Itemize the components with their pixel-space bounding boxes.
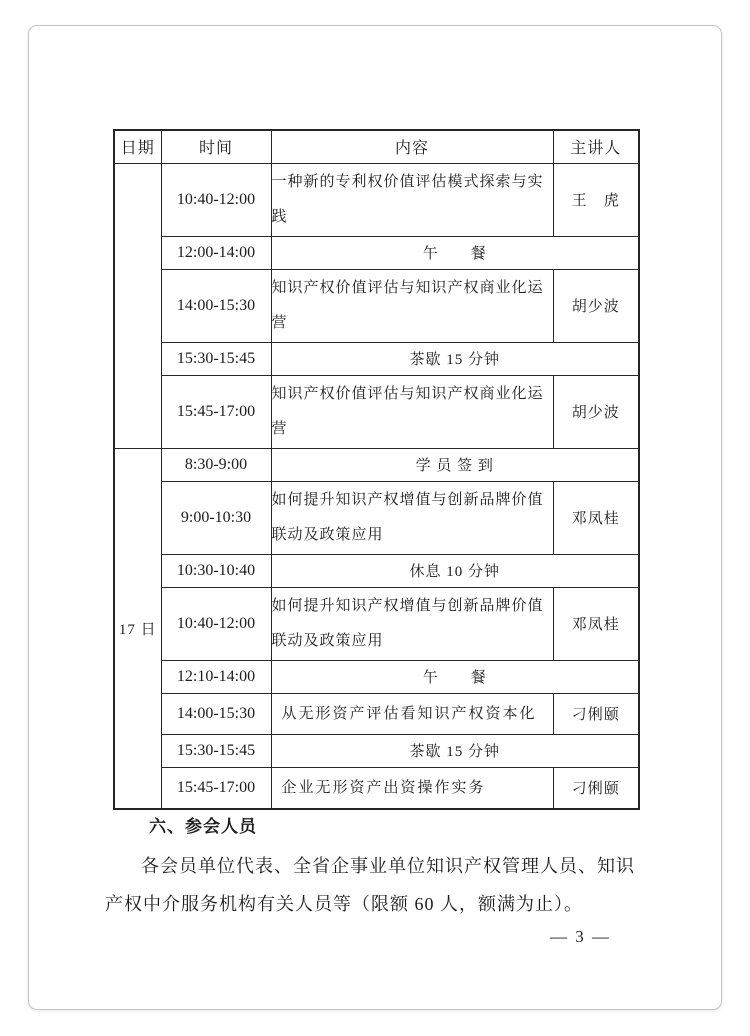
merged-activity-cell: 茶歇 15 分钟 [271,734,639,767]
attendees-section: 六、参会人员 各会员单位代表、全省企事业单位知识产权管理人员、知识产权中介服务机… [105,812,635,923]
content-cell: 如何提升知识产权增值与创新品牌价值联动及政策应用 [271,587,553,660]
page-number: — 3 — [550,927,611,947]
merged-activity-cell: 午 餐 [271,236,639,269]
content-cell: 知识产权价值评估与知识产权商业化运营 [271,375,553,448]
speaker-cell: 刁俐颐 [553,693,639,734]
speaker-cell: 胡少波 [553,269,639,342]
merged-activity-cell: 午 餐 [271,660,639,693]
content-cell: 知识产权价值评估与知识产权商业化运营 [271,269,553,342]
time-cell: 15:45-17:00 [161,767,271,809]
schedule-row: 12:00-14:00午 餐 [114,236,639,269]
time-cell: 12:00-14:00 [161,236,271,269]
attendees-paragraph: 各会员单位代表、全省企事业单位知识产权管理人员、知识产权中介服务机构有关人员等（… [105,847,635,923]
time-cell: 12:10-14:00 [161,660,271,693]
attendees-heading: 六、参会人员 [149,812,635,837]
header-time: 时间 [161,130,271,163]
merged-activity-cell: 茶歇 15 分钟 [271,342,639,375]
time-cell: 15:45-17:00 [161,375,271,448]
schedule-row: 17 日8:30-9:00学 员 签 到 [114,448,639,481]
speaker-cell: 王 虎 [553,163,639,236]
date-cell [114,163,161,448]
schedule-row: 14:00-15:30从无形资产评估看知识产权资本化刁俐颐 [114,693,639,734]
speaker-cell: 刁俐颐 [553,767,639,809]
speaker-cell: 邓凤桂 [553,587,639,660]
time-cell: 15:30-15:45 [161,734,271,767]
content-cell: 从无形资产评估看知识产权资本化 [271,693,553,734]
content-cell: 一种新的专利权价值评估模式探索与实践 [271,163,553,236]
schedule-row: 14:00-15:30知识产权价值评估与知识产权商业化运营胡少波 [114,269,639,342]
schedule-row: 12:10-14:00午 餐 [114,660,639,693]
time-cell: 14:00-15:30 [161,269,271,342]
schedule-header-row: 日期 时间 内容 主讲人 [114,130,639,163]
header-speaker: 主讲人 [553,130,639,163]
header-content: 内容 [271,130,553,163]
merged-activity-cell: 休息 10 分钟 [271,554,639,587]
document-page: 日期 时间 内容 主讲人 10:40-12:00一种新的专利权价值评估模式探索与… [28,25,722,1010]
time-cell: 10:30-10:40 [161,554,271,587]
date-cell: 17 日 [114,448,161,809]
time-cell: 10:40-12:00 [161,587,271,660]
time-cell: 14:00-15:30 [161,693,271,734]
time-cell: 15:30-15:45 [161,342,271,375]
schedule-row: 10:40-12:00如何提升知识产权增值与创新品牌价值联动及政策应用邓凤桂 [114,587,639,660]
content-cell: 如何提升知识产权增值与创新品牌价值联动及政策应用 [271,481,553,554]
content-cell: 企业无形资产出资操作实务 [271,767,553,809]
schedule-row: 15:45-17:00企业无形资产出资操作实务刁俐颐 [114,767,639,809]
schedule-row: 10:30-10:40休息 10 分钟 [114,554,639,587]
header-date: 日期 [114,130,161,163]
schedule-row: 15:30-15:45茶歇 15 分钟 [114,734,639,767]
schedule-row: 10:40-12:00一种新的专利权价值评估模式探索与实践王 虎 [114,163,639,236]
speaker-cell: 胡少波 [553,375,639,448]
schedule-row: 9:00-10:30如何提升知识产权增值与创新品牌价值联动及政策应用邓凤桂 [114,481,639,554]
time-cell: 9:00-10:30 [161,481,271,554]
time-cell: 8:30-9:00 [161,448,271,481]
schedule-row: 15:45-17:00知识产权价值评估与知识产权商业化运营胡少波 [114,375,639,448]
merged-activity-cell: 学 员 签 到 [271,448,639,481]
speaker-cell: 邓凤桂 [553,481,639,554]
time-cell: 10:40-12:00 [161,163,271,236]
schedule-table: 日期 时间 内容 主讲人 10:40-12:00一种新的专利权价值评估模式探索与… [113,129,640,810]
schedule-table-body: 10:40-12:00一种新的专利权价值评估模式探索与实践王 虎12:00-14… [114,163,639,809]
schedule-row: 15:30-15:45茶歇 15 分钟 [114,342,639,375]
